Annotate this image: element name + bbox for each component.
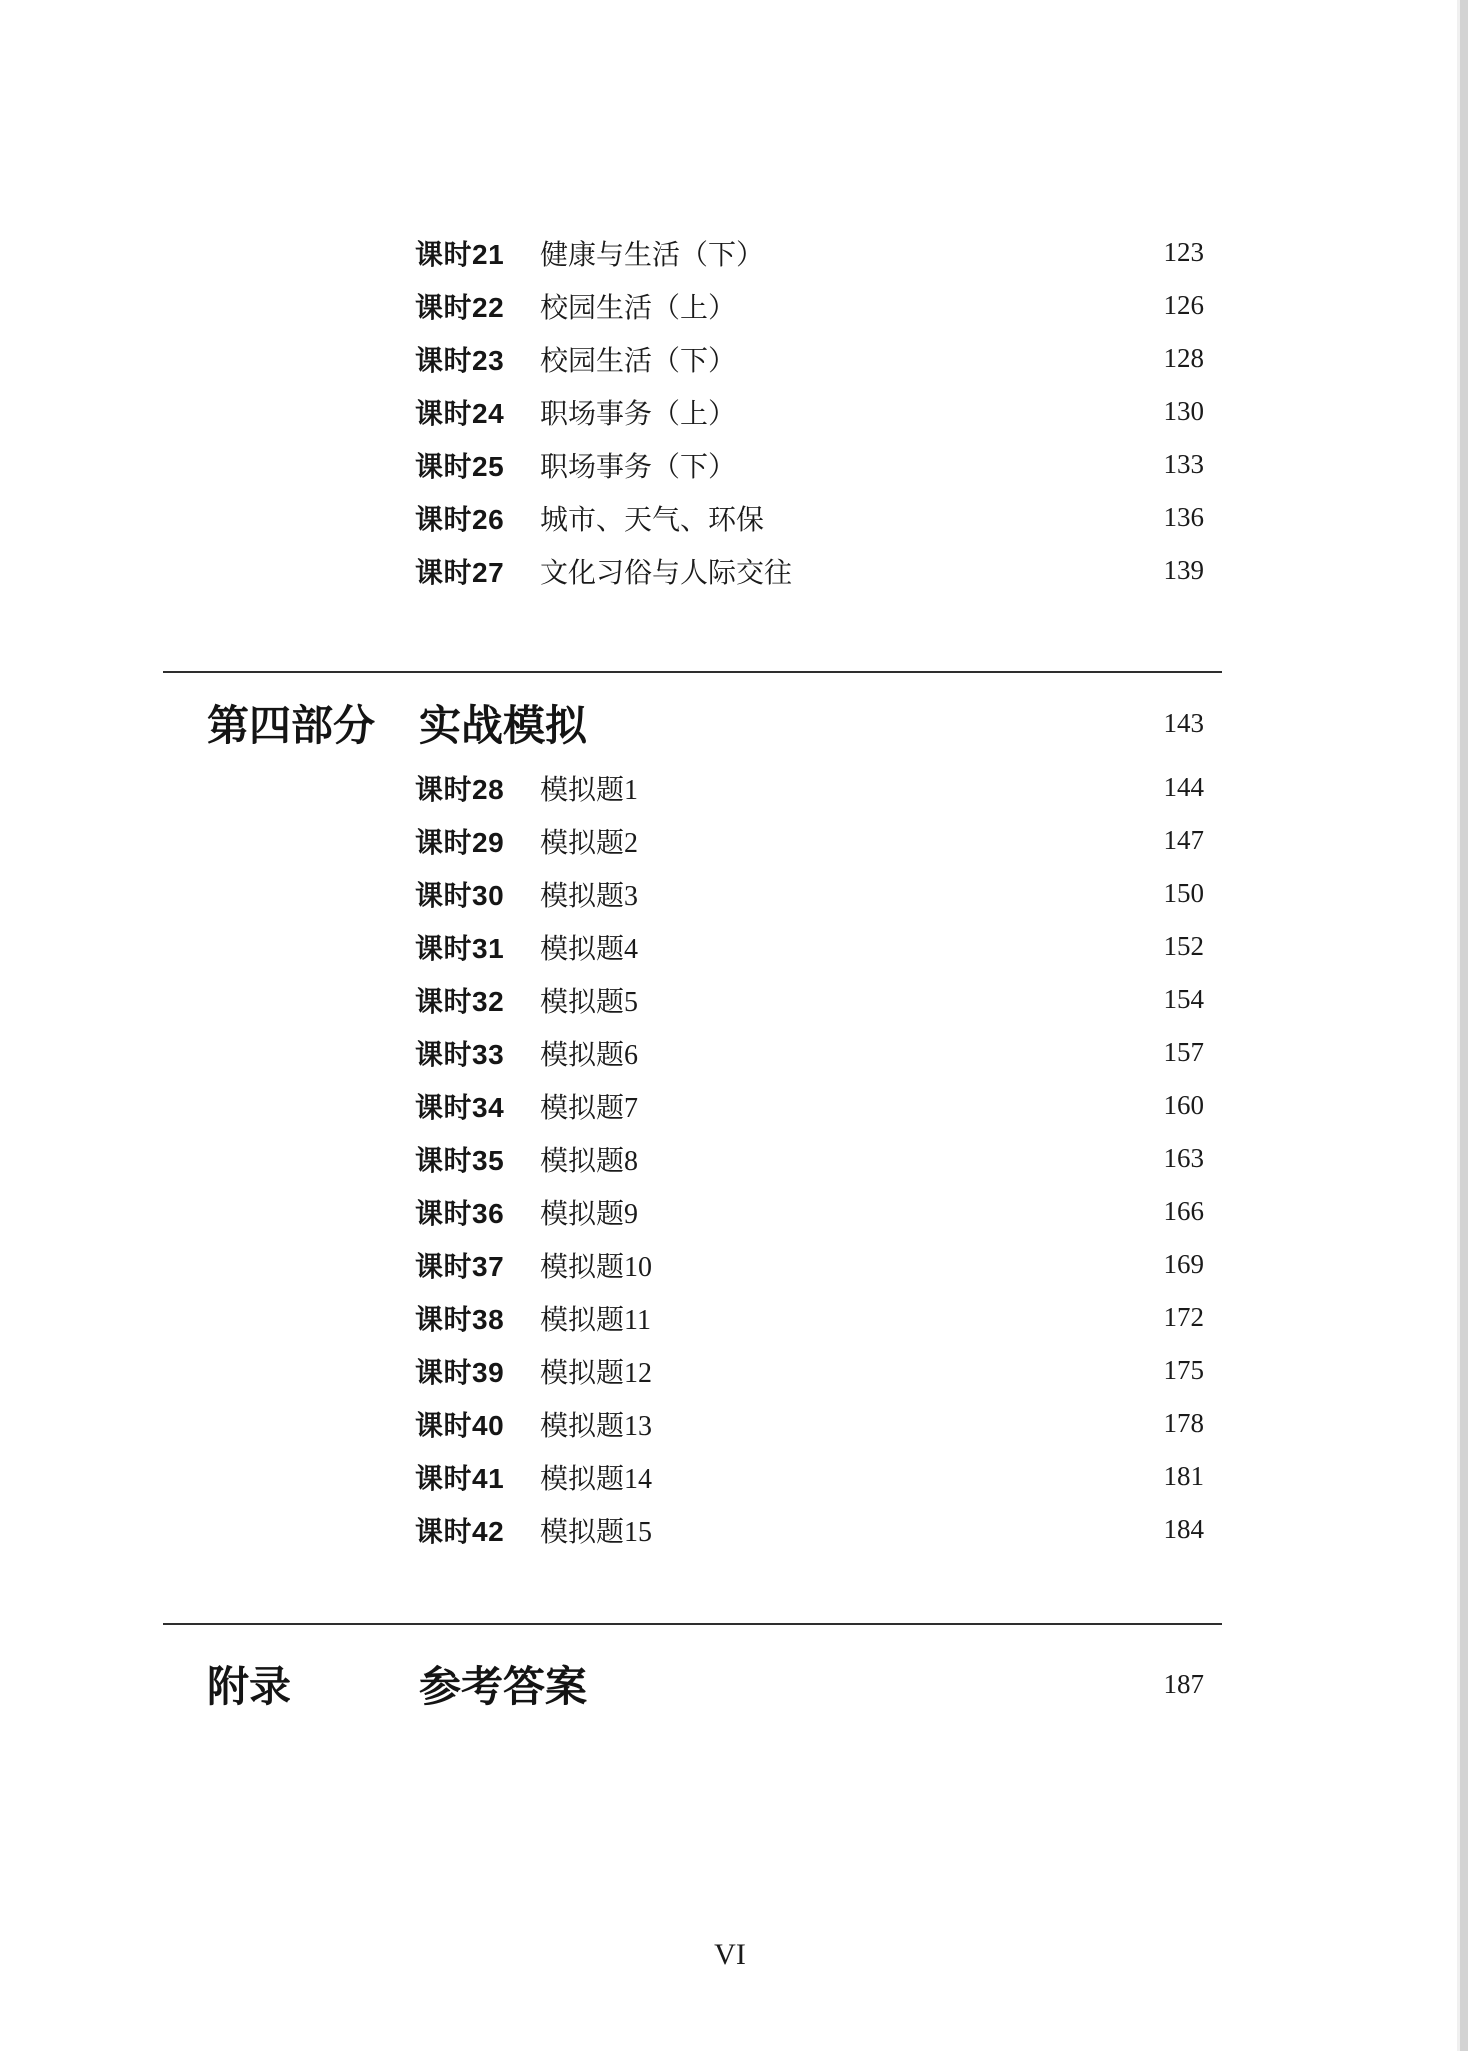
entry-title: 模拟题11 [540,1298,651,1338]
entry-title: 模拟题12 [540,1351,652,1391]
lesson-label: 课时33 [415,1033,540,1073]
lesson-label: 课时39 [415,1351,540,1391]
entry-page-number: 128 [1164,343,1223,374]
lesson-label: 课时41 [415,1457,540,1497]
entry-page-number: 126 [1164,290,1223,321]
toc-entry: 课时36 模拟题9 166 [163,1185,1222,1238]
entry-title: 模拟题8 [540,1139,638,1179]
section-page-number: 143 [1164,708,1223,739]
entry-page-number: 154 [1164,984,1223,1015]
toc-entry: 课时26 城市、天气、环保 136 [163,491,1222,544]
toc-entry: 课时32 模拟题5 154 [163,973,1222,1026]
section-heading-appendix: 附录 参考答案 187 [163,1656,1222,1712]
lesson-label: 课时24 [415,392,540,432]
entry-title: 校园生活（上） [540,286,736,326]
toc-entry: 课时39 模拟题12 175 [163,1344,1222,1397]
entry-title: 文化习俗与人际交往 [540,551,792,591]
toc-entry: 课时25 职场事务（下） 133 [163,438,1222,491]
toc-entry: 课时21 健康与生活（下） 123 [163,226,1222,279]
lesson-label: 课时38 [415,1298,540,1338]
toc-entry: 课时22 校园生活（上） 126 [163,279,1222,332]
entry-page-number: 160 [1164,1090,1223,1121]
toc-content: 课时21 健康与生活（下） 123 课时22 校园生活（上） 126 课时23 … [163,0,1222,1712]
section-divider [163,1623,1222,1625]
toc-entry: 课时38 模拟题11 172 [163,1291,1222,1344]
entry-title: 模拟题5 [540,980,638,1020]
section-title: 实战模拟 [419,693,587,753]
toc-entry: 课时42 模拟题15 184 [163,1503,1222,1556]
entry-page-number: 139 [1164,555,1223,586]
entry-page-number: 172 [1164,1302,1223,1333]
entry-page-number: 157 [1164,1037,1223,1068]
section-page-number: 187 [1164,1669,1223,1700]
toc-group-lessons-28-42: 课时28 模拟题1 144 课时29 模拟题2 147 课时30 模拟题3 15… [163,751,1222,1556]
scrollbar[interactable] [1457,0,1468,2051]
toc-entry: 课时23 校园生活（下） 128 [163,332,1222,385]
entry-page-number: 130 [1164,396,1223,427]
lesson-label: 课时34 [415,1086,540,1126]
entry-title: 模拟题7 [540,1086,638,1126]
entry-page-number: 175 [1164,1355,1223,1386]
lesson-label: 课时36 [415,1192,540,1232]
entry-title: 职场事务（上） [540,392,736,432]
entry-page-number: 136 [1164,502,1223,533]
lesson-label: 课时26 [415,498,540,538]
toc-entry: 课时24 职场事务（上） 130 [163,385,1222,438]
entry-page-number: 152 [1164,931,1223,962]
entry-title: 模拟题4 [540,927,638,967]
lesson-label: 课时37 [415,1245,540,1285]
entry-title: 模拟题9 [540,1192,638,1232]
entry-page-number: 166 [1164,1196,1223,1227]
lesson-label: 课时42 [415,1510,540,1550]
entry-title: 职场事务（下） [540,445,736,485]
toc-entry: 课时41 模拟题14 181 [163,1450,1222,1503]
lesson-label: 课时29 [415,821,540,861]
toc-entry: 课时29 模拟题2 147 [163,814,1222,867]
entry-title: 模拟题3 [540,874,638,914]
toc-group-lessons-21-27: 课时21 健康与生活（下） 123 课时22 校园生活（上） 126 课时23 … [163,0,1222,597]
section-divider [163,671,1222,673]
toc-entry: 课时33 模拟题6 157 [163,1026,1222,1079]
lesson-label: 课时28 [415,768,540,808]
toc-entry: 课时28 模拟题1 144 [163,761,1222,814]
entry-page-number: 144 [1164,772,1223,803]
lesson-label: 课时25 [415,445,540,485]
entry-page-number: 133 [1164,449,1223,480]
entry-title: 校园生活（下） [540,339,736,379]
entry-title: 模拟题14 [540,1457,652,1497]
entry-title: 模拟题10 [540,1245,652,1285]
footer-page-number: VI [0,1938,1460,1972]
lesson-label: 课时21 [415,233,540,273]
entry-title: 模拟题6 [540,1033,638,1073]
toc-entry: 课时31 模拟题4 152 [163,920,1222,973]
entry-title: 模拟题15 [540,1510,652,1550]
lesson-label: 课时22 [415,286,540,326]
lesson-label: 课时31 [415,927,540,967]
entry-title: 模拟题13 [540,1404,652,1444]
lesson-label: 课时40 [415,1404,540,1444]
section-label: 附录 [207,1654,419,1714]
toc-entry: 课时30 模拟题3 150 [163,867,1222,920]
lesson-label: 课时27 [415,551,540,591]
entry-page-number: 147 [1164,825,1223,856]
toc-entry: 课时37 模拟题10 169 [163,1238,1222,1291]
entry-title: 模拟题1 [540,768,638,808]
toc-entry: 课时27 文化习俗与人际交往 139 [163,544,1222,597]
entry-page-number: 123 [1164,237,1223,268]
toc-entry: 课时35 模拟题8 163 [163,1132,1222,1185]
entry-page-number: 169 [1164,1249,1223,1280]
entry-title: 城市、天气、环保 [540,498,764,538]
lesson-label: 课时30 [415,874,540,914]
lesson-label: 课时32 [415,980,540,1020]
entry-page-number: 181 [1164,1461,1223,1492]
section-title: 参考答案 [419,1654,587,1714]
toc-entry: 课时34 模拟题7 160 [163,1079,1222,1132]
entry-page-number: 178 [1164,1408,1223,1439]
toc-entry: 课时40 模拟题13 178 [163,1397,1222,1450]
section-heading-part4: 第四部分 实战模拟 143 [163,695,1222,751]
document-page: 课时21 健康与生活（下） 123 课时22 校园生活（上） 126 课时23 … [0,0,1468,2051]
lesson-label: 课时35 [415,1139,540,1179]
entry-title: 健康与生活（下） [540,233,764,273]
entry-page-number: 150 [1164,878,1223,909]
entry-title: 模拟题2 [540,821,638,861]
lesson-label: 课时23 [415,339,540,379]
entry-page-number: 163 [1164,1143,1223,1174]
section-label: 第四部分 [207,693,419,753]
entry-page-number: 184 [1164,1514,1223,1545]
